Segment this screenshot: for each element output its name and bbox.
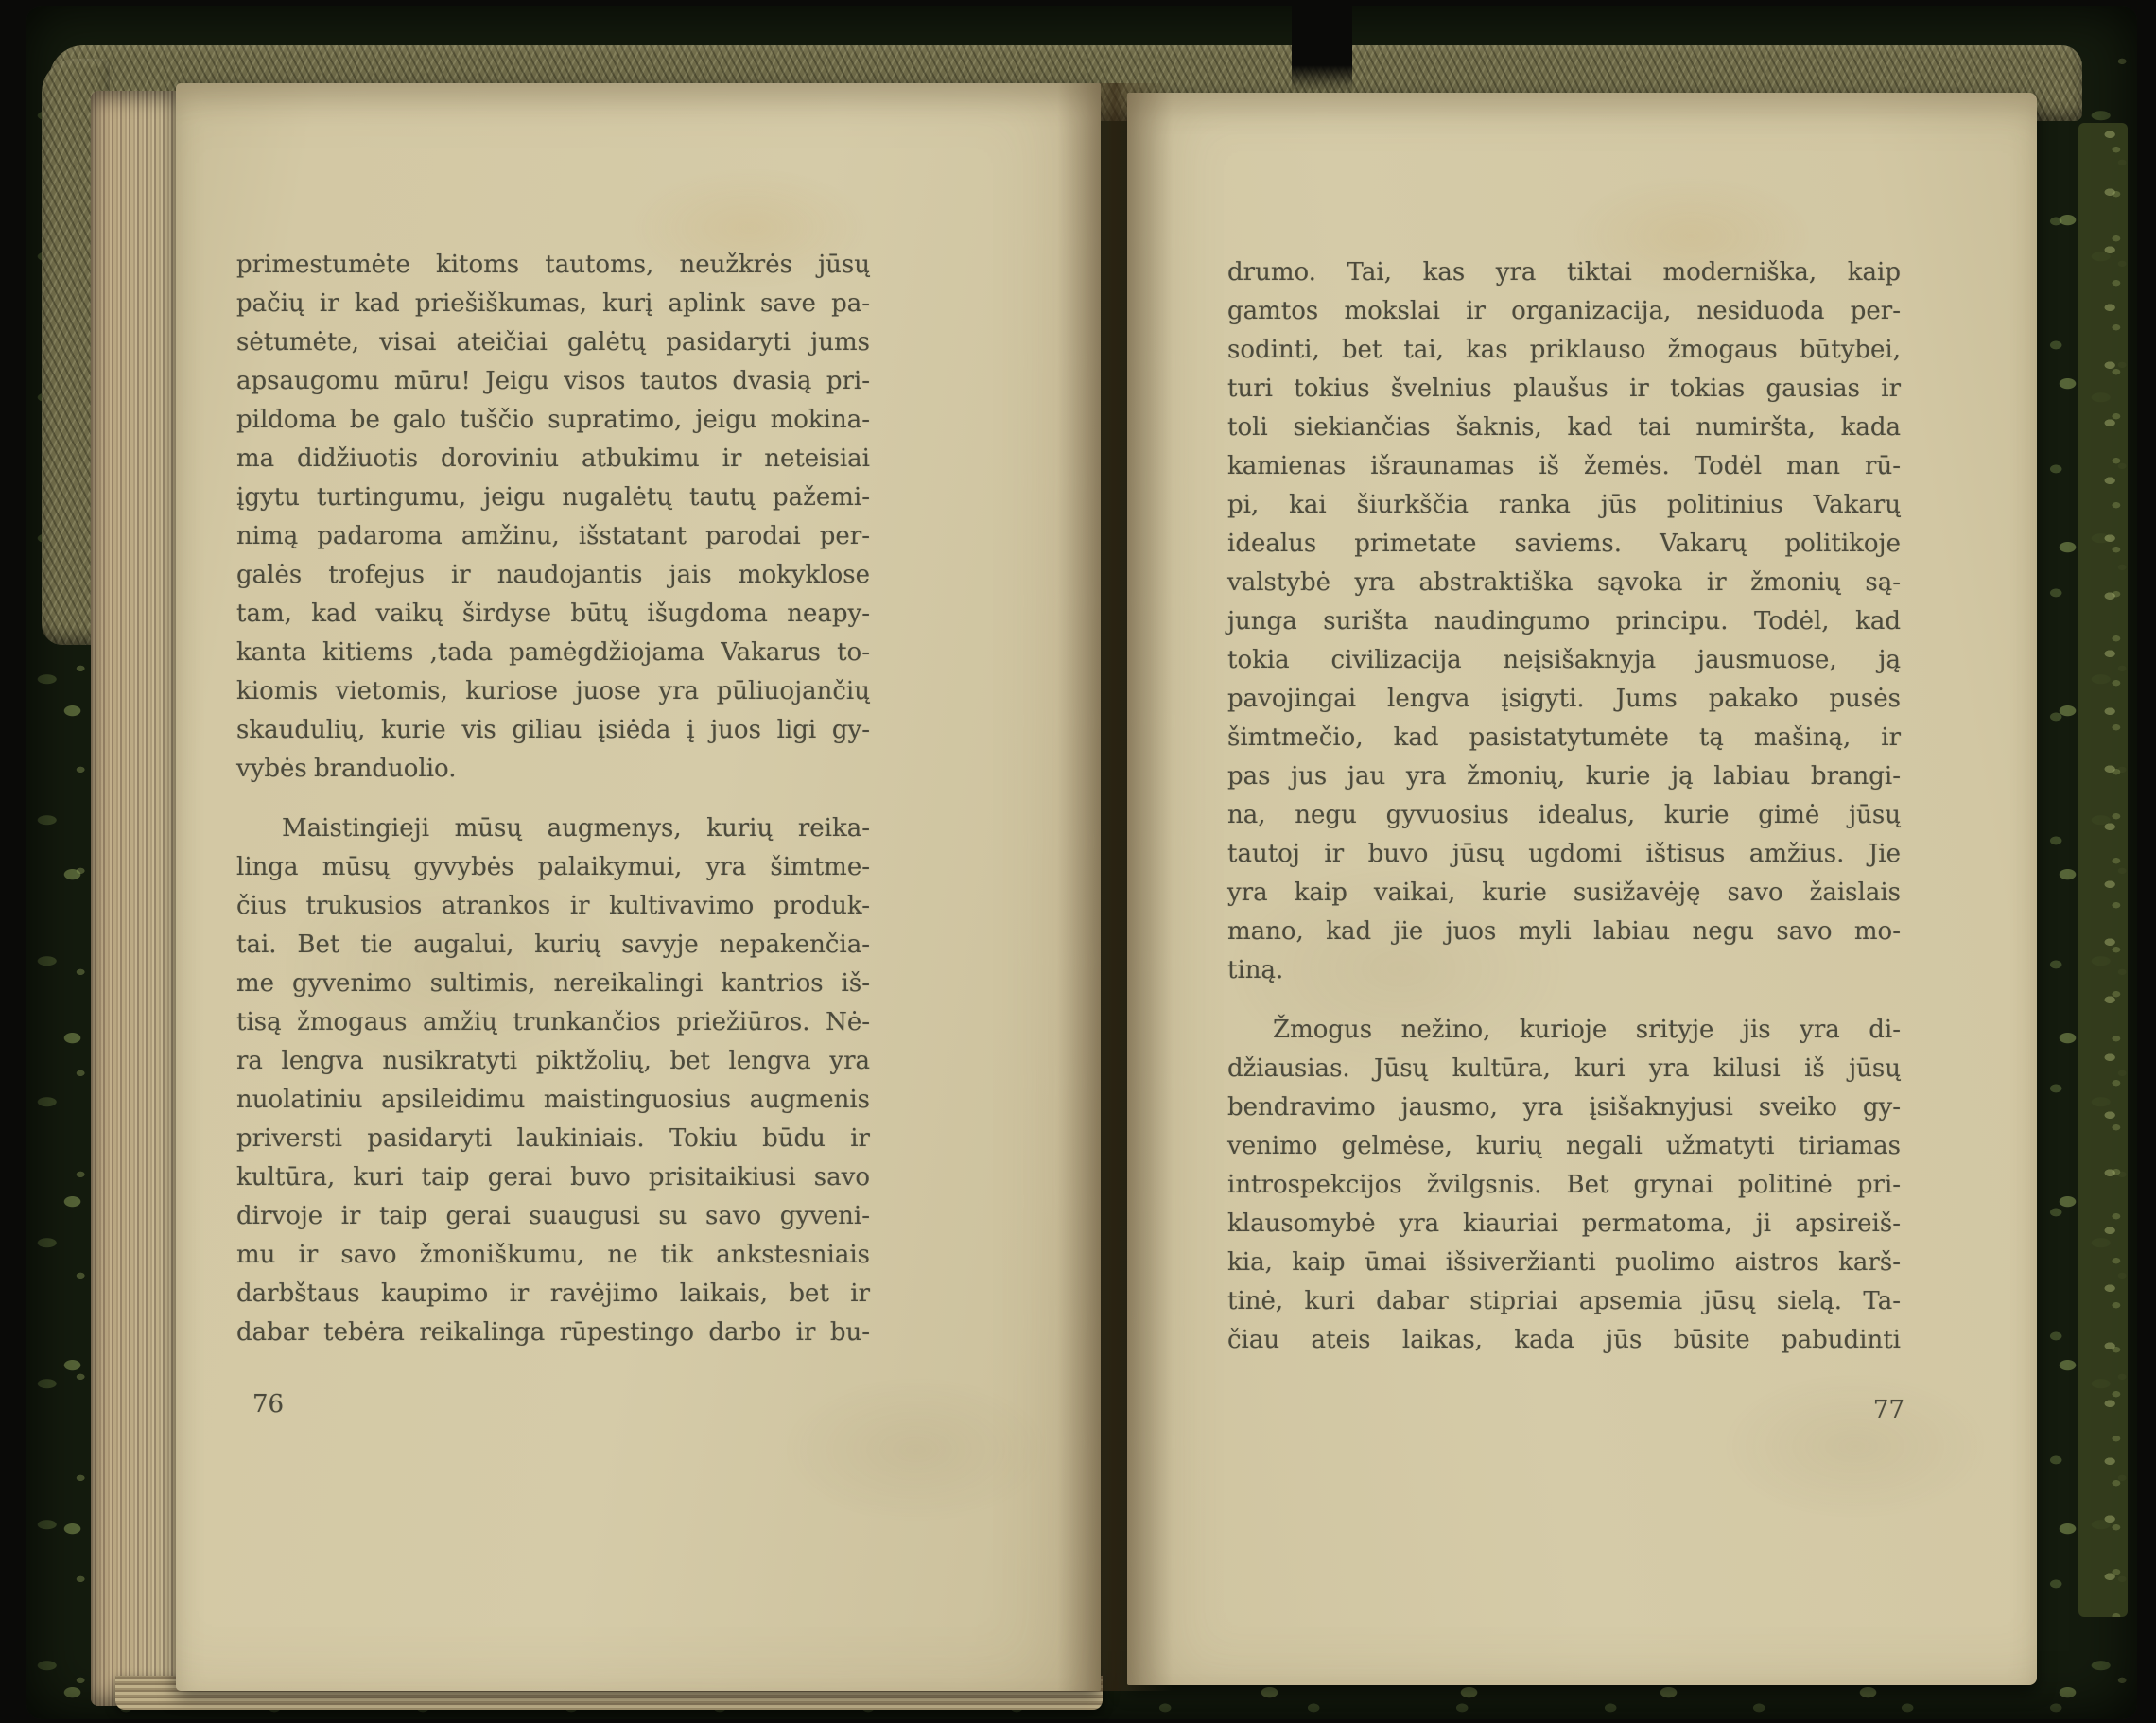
text-line: pačių ir kad priešiškumas, kurį aplink s… — [236, 285, 870, 323]
text-line: džiausias. Jūsų kultūra, kuri yra kilusi… — [1227, 1050, 1901, 1088]
text-line: na, negu gyvuosius idealus, kurie gimė j… — [1227, 796, 1901, 835]
text-line: tam, kad vaikų širdyse būtų išugdoma nea… — [236, 595, 870, 634]
text-line: galės trofejus ir naudojantis jais mokyk… — [236, 556, 870, 595]
text-line: nuolatiniu apsileidimu maistinguosius au… — [236, 1081, 870, 1120]
text-line: idealus primetate saviems. Vakarų politi… — [1227, 525, 1901, 564]
page-left-text: primestumėte kitoms tautoms, neužkrės jū… — [236, 246, 870, 1352]
text-line: tautoj ir buvo jūsų ugdomi ištisus amžiu… — [1227, 835, 1901, 874]
text-line: junga surišta naudingumo principu. Todėl… — [1227, 602, 1901, 641]
text-line: klausomybė yra kiauriai permatoma, ji ap… — [1227, 1205, 1901, 1244]
text-line: čius trukusios atrankos ir kultivavimo p… — [236, 887, 870, 926]
paragraph: Maistingieji mūsų augmenys, kurių reika-… — [236, 809, 870, 1352]
text-line: pavojingai lengva įsigyti. Jums pakako p… — [1227, 680, 1901, 719]
text-line: dabar tebėra reikalinga rūpestingo darbo… — [236, 1314, 870, 1352]
text-line: sėtumėte, visai ateičiai galėtų pasidary… — [236, 323, 870, 362]
text-line: tai. Bet tie augalui, kurių savyje nepak… — [236, 926, 870, 965]
text-line: vybės branduolio. — [236, 750, 870, 789]
text-line: tisą žmogaus amžių trunkančios priežiūro… — [236, 1003, 870, 1042]
text-line: kiomis vietomis, kuriose juose yra pūliu… — [236, 672, 870, 711]
text-line: čiau ateis laikas, kada jūs būsite pabud… — [1227, 1321, 1901, 1360]
paragraph: drumo. Tai, kas yra tiktai moderniška, k… — [1227, 253, 1901, 990]
text-line: drumo. Tai, kas yra tiktai moderniška, k… — [1227, 253, 1901, 292]
page-right-text: drumo. Tai, kas yra tiktai moderniška, k… — [1227, 253, 1901, 1360]
text-line: skaudulių, kurie vis giliau įsiėda į juo… — [236, 711, 870, 750]
book-cover-edge — [2078, 123, 2128, 1617]
text-line: venimo gelmėse, kurių negali užmatyti ti… — [1227, 1127, 1901, 1166]
text-line: įgytu turtingumu, jeigu nugalėtų tautų p… — [236, 479, 870, 517]
text-line: kamienas išraunamas iš žemės. Todėl man … — [1227, 447, 1901, 486]
text-line: priversti pasidaryti laukiniais. Tokiu b… — [236, 1120, 870, 1158]
text-line: pas jus jau yra žmonių, kurie ją labiau … — [1227, 757, 1901, 796]
text-line: kanta kitiems ,tada pamėgdžiojama Vakaru… — [236, 634, 870, 672]
text-line: kultūra, kuri taip gerai buvo prisitaiki… — [236, 1158, 870, 1197]
page-left: primestumėte kitoms tautoms, neužkrės jū… — [176, 83, 1101, 1691]
text-line: gamtos mokslai ir organizacija, nesiduod… — [1227, 292, 1901, 331]
book-scan: primestumėte kitoms tautoms, neužkrės jū… — [0, 0, 2156, 1723]
text-line: tinė, kuri dabar stipriai apsemia jūsų s… — [1227, 1282, 1901, 1321]
text-line: dirvoje ir taip gerai suaugusi su savo g… — [236, 1197, 870, 1236]
text-line: darbštaus kaupimo ir ravėjimo laikais, b… — [236, 1275, 870, 1314]
text-line: pildoma be galo tuščio supratimo, jeigu … — [236, 401, 870, 440]
text-line: Maistingieji mūsų augmenys, kurių reika- — [236, 809, 870, 848]
text-line: kia, kaip ūmai išsiveržianti puolimo ais… — [1227, 1244, 1901, 1282]
page-right-number: 77 — [1227, 1396, 1904, 1424]
text-line: nimą padaroma amžinu, išstatant parodai … — [236, 517, 870, 556]
text-line: introspekcijos žvilgsnis. Bet grynai pol… — [1227, 1166, 1901, 1205]
text-line: mano, kad jie juos myli labiau negu savo… — [1227, 913, 1901, 951]
text-line: ra lengva nusikratyti piktžolių, bet len… — [236, 1042, 870, 1081]
text-line: turi tokius švelnius plaušus ir tokias g… — [1227, 370, 1901, 409]
text-line: toli siekiančias šaknis, kad tai numiršt… — [1227, 409, 1901, 447]
text-line: me gyvenimo sultimis, nereikalingi kantr… — [236, 965, 870, 1003]
text-line: primestumėte kitoms tautoms, neužkrės jū… — [236, 246, 870, 285]
text-line: ma didžiuotis doroviniu atbukimu ir nete… — [236, 440, 870, 479]
paragraph: primestumėte kitoms tautoms, neužkrės jū… — [236, 246, 870, 789]
spine-gap-shadow — [1292, 0, 1352, 91]
text-line: bendravimo jausmo, yra įsišaknyjusi svei… — [1227, 1088, 1901, 1127]
text-line: linga mūsų gyvybės palaikymui, yra šimtm… — [236, 848, 870, 887]
text-line: valstybė yra abstraktiška sąvoka ir žmon… — [1227, 564, 1901, 602]
text-line: sodinti, bet tai, kas priklauso žmogaus … — [1227, 331, 1901, 370]
text-line: tokia civilizacija neįsišaknyja jausmuos… — [1227, 641, 1901, 680]
page-right: drumo. Tai, kas yra tiktai moderniška, k… — [1127, 93, 2037, 1685]
text-line: pi, kai šiurkščia ranka jūs politinius V… — [1227, 486, 1901, 525]
text-line: šimtmečio, kad pasistatytumėte tą mašiną… — [1227, 719, 1901, 757]
text-line: apsaugomu mūru! Jeigu visos tautos dvasi… — [236, 362, 870, 401]
text-line: yra kaip vaikai, kurie susižavėję savo ž… — [1227, 874, 1901, 913]
paragraph: Žmogus nežino, kurioje srityje jis yra d… — [1227, 1011, 1901, 1360]
page-stack-left-edge — [91, 91, 189, 1706]
text-line: tiną. — [1227, 951, 1901, 990]
text-line: Žmogus nežino, kurioje srityje jis yra d… — [1227, 1011, 1901, 1050]
page-left-number: 76 — [252, 1390, 284, 1418]
text-line: mu ir savo žmoniškumu, ne tik ankstesnia… — [236, 1236, 870, 1275]
